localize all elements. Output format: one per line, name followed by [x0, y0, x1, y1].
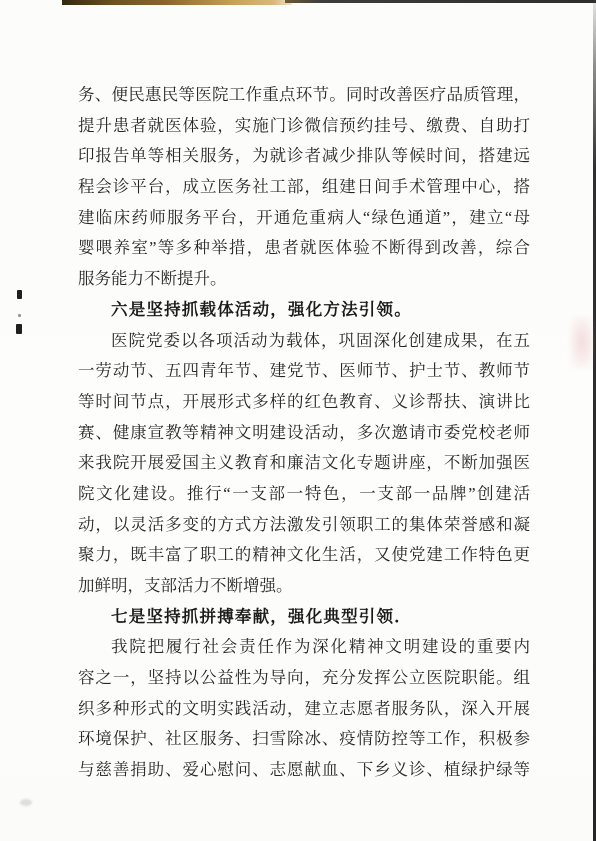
ink-speck [16, 324, 22, 334]
top-scan-edge-artifact [285, 0, 596, 3]
text-line: 提升患者就医体验，实施门诊微信预约挂号、缴费、自助打 [78, 111, 530, 142]
grey-smudge-artifact [20, 799, 32, 806]
text-line: 织多种形式的文明实践活动，建立志愿者服务队，深入开展 [78, 694, 530, 725]
text-line: 与慈善捐助、爱心慰问、志愿献血、下乡义诊、植绿护绿等 [78, 755, 530, 786]
text-line: 动，以灵活多变的方式方法激发引领职工的集体荣誉感和凝 [78, 510, 530, 541]
text-line: 来我院开展爱国主义教育和廉洁文化专题讲座，不断加强医 [78, 448, 530, 479]
text-line: 院文化建设。推行“一支部一特色，一支部一品牌”创建活 [78, 479, 530, 510]
paragraph-first-line: 我院把履行社会责任作为深化精神文明建设的重要内 [78, 632, 530, 663]
ink-speck [17, 290, 22, 299]
section-heading-six: 六是坚持抓载体活动，强化方法引领。 [78, 295, 530, 326]
paragraph-first-line: 医院党委以各项活动为载体，巩固深化创建成果，在五 [78, 326, 530, 357]
text-line: 务、便民惠民等医院工作重点环节。同时改善医疗品质管理， [78, 80, 530, 111]
text-line: 婴喂养室”等多种举措，患者就医体验不断得到改善，综合 [78, 233, 530, 264]
text-line: 赛、健康宣教等精神文明建设活动，多次邀请市委党校老师 [78, 418, 530, 449]
text-line: 加鲜明，支部活力不断增强。 [78, 571, 530, 602]
text-line: 程会诊平台，成立医务社工部，组建日间手术管理中心，搭 [78, 172, 530, 203]
pink-smudge-artifact [570, 316, 594, 368]
section-heading-seven: 七是坚持抓拼搏奉献，强化典型引领． [78, 602, 530, 633]
text-block: 务、便民惠民等医院工作重点环节。同时改善医疗品质管理， 提升患者就医体验，实施门… [78, 80, 530, 786]
text-line: 容之一，坚持以公益性为导向，充分发挥公立医院职能。组 [78, 663, 530, 694]
text-line: 一劳动节、五四青年节、建党节、医师节、护士节、教师节 [78, 356, 530, 387]
text-line: 建临床药师服务平台，开通危重病人“绿色通道”，建立“母 [78, 203, 530, 234]
text-line: 印报告单等相关服务，为就诊者减少排队等候时间，搭建远 [78, 141, 530, 172]
text-line: 等时间节点，开展形式多样的红色教育、义诊帮扶、演讲比 [78, 387, 530, 418]
top-binder-strip-artifact [62, 0, 292, 5]
text-line: 服务能力不断提升。 [78, 264, 530, 295]
ink-speck [18, 314, 21, 317]
scanned-document-page: 务、便民惠民等医院工作重点环节。同时改善医疗品质管理， 提升患者就医体验，实施门… [0, 0, 596, 841]
text-line: 环境保护、社区服务、扫雪除冰、疫情防控等工作，积极参 [78, 724, 530, 755]
text-line: 聚力，既丰富了职工的精神文化生活，又使党建工作特色更 [78, 540, 530, 571]
